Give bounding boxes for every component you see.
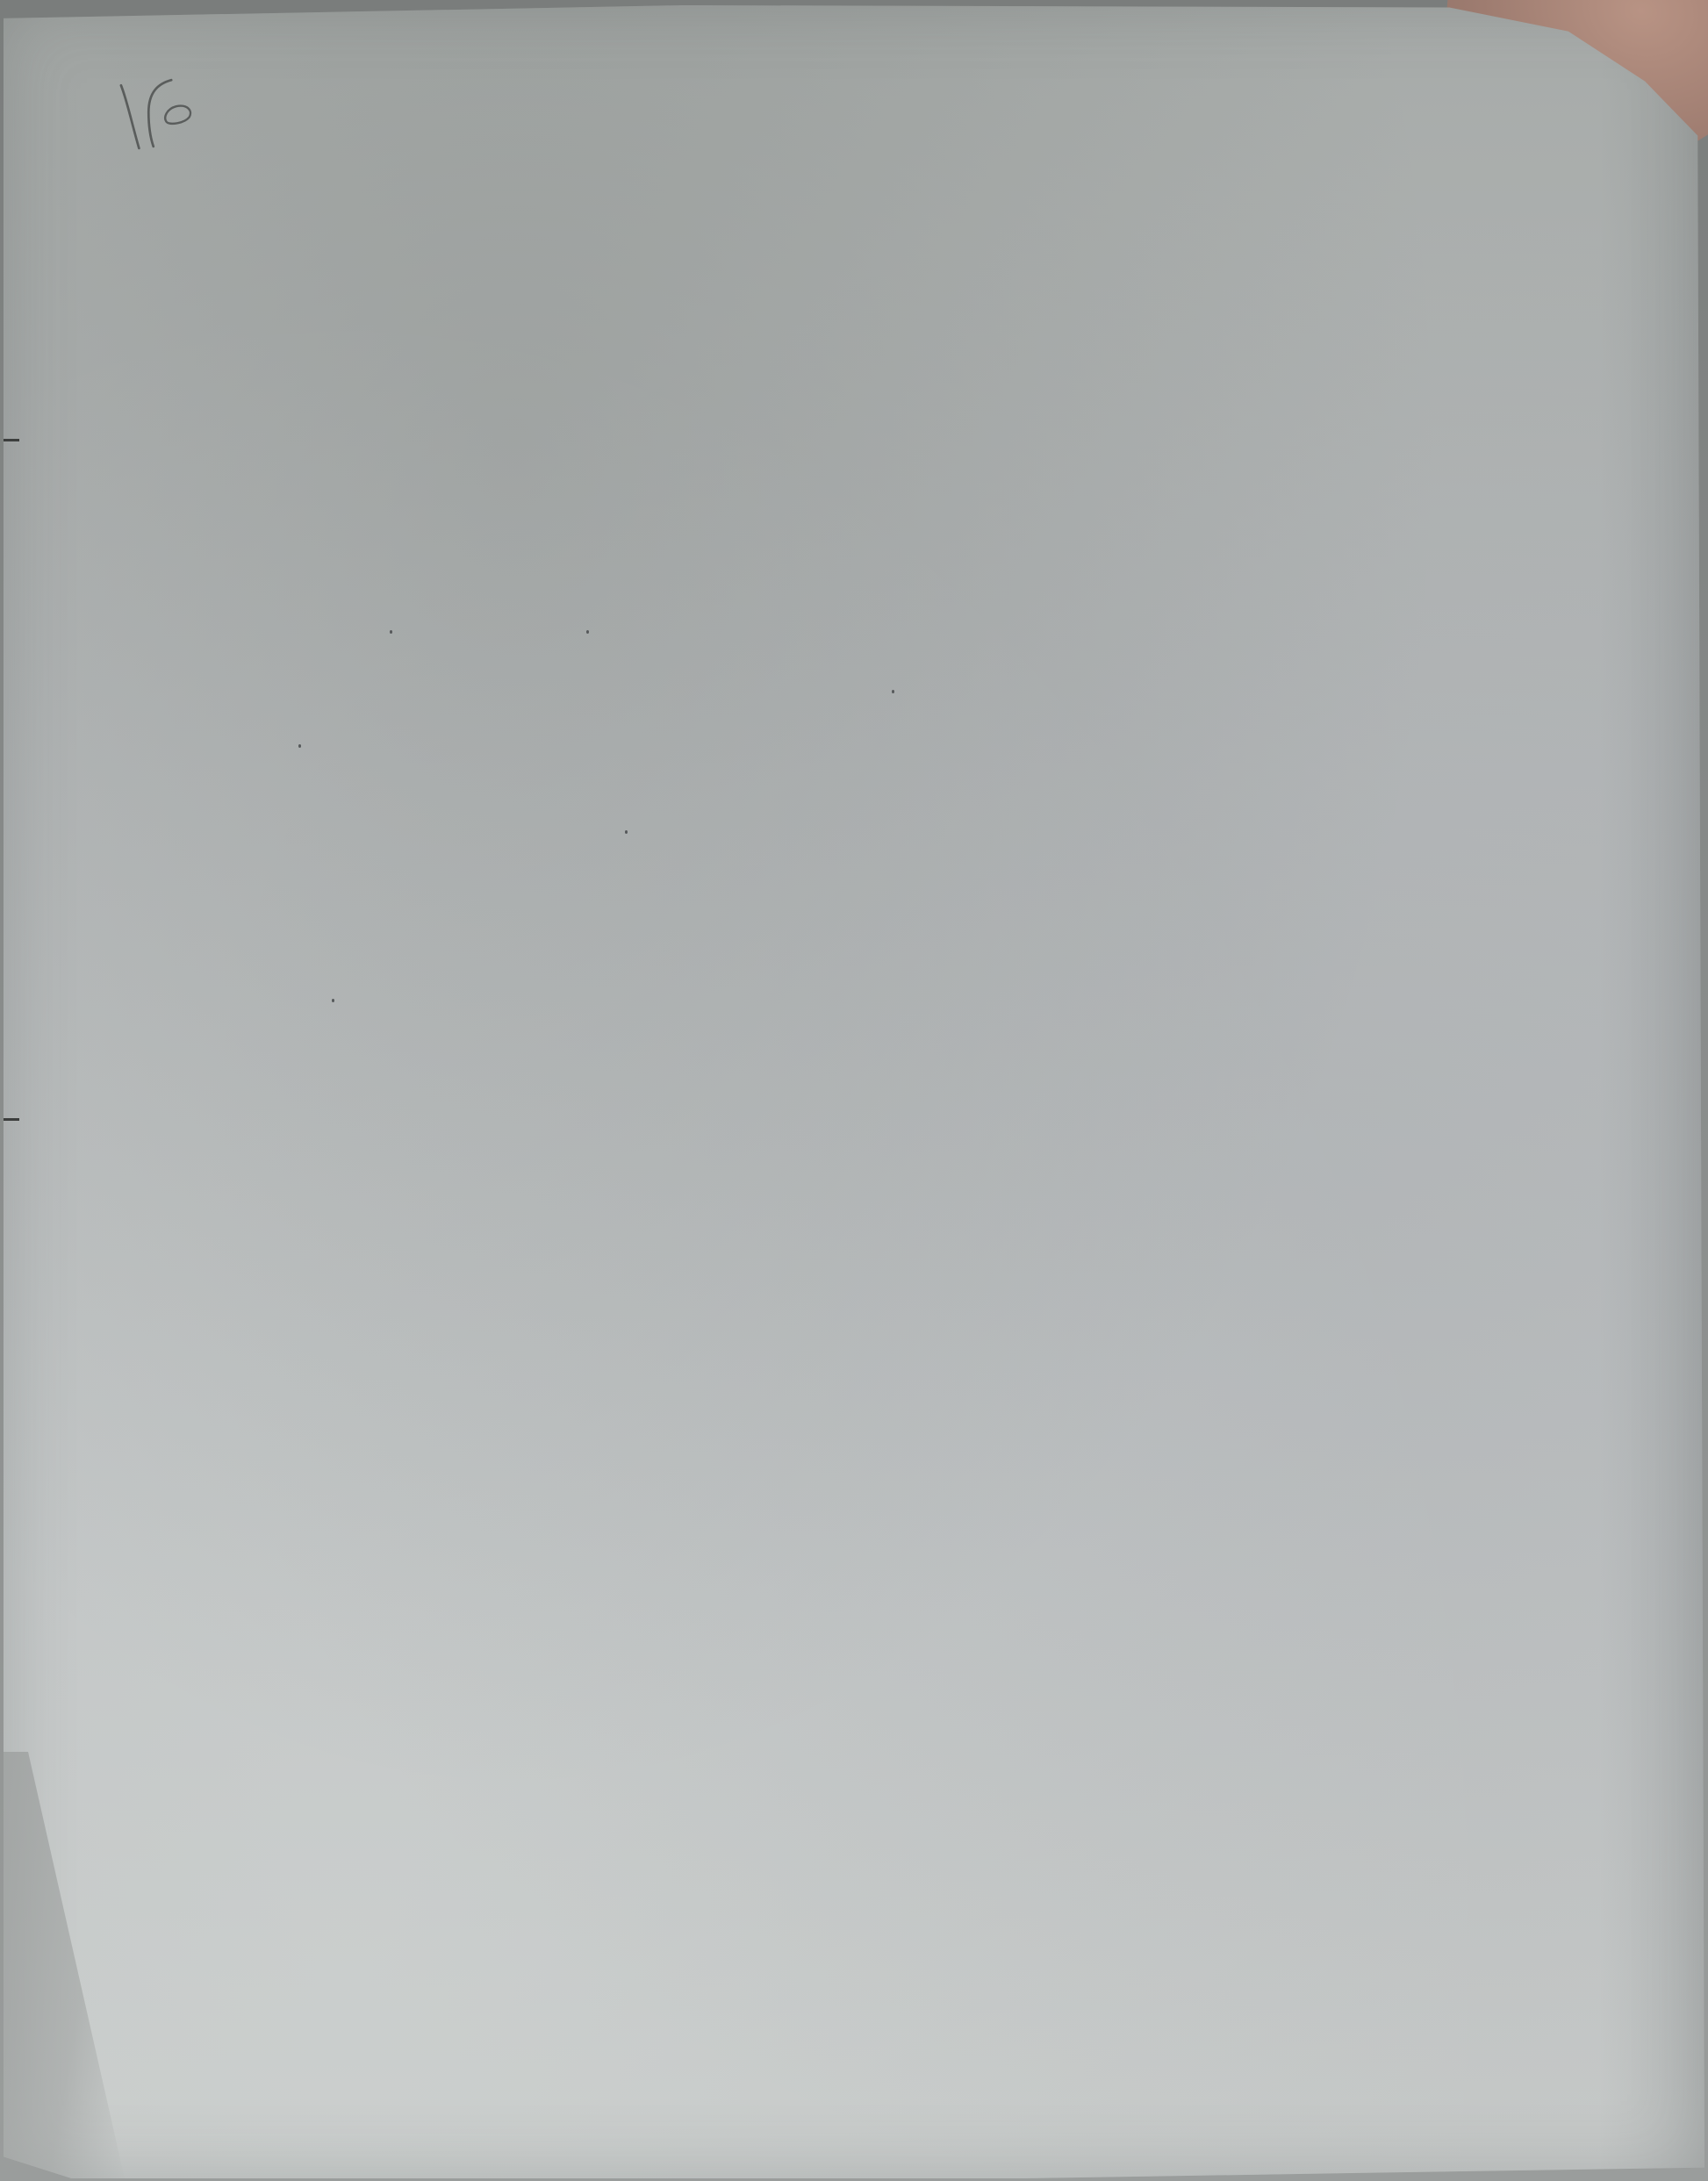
edge-mark bbox=[4, 439, 19, 441]
handwriting-glyphs bbox=[98, 60, 230, 165]
paper-speck bbox=[892, 690, 894, 693]
paper-speck bbox=[390, 630, 392, 634]
edge-mark bbox=[4, 1118, 19, 1121]
paper-speck bbox=[332, 999, 334, 1002]
handwritten-page-number: 16 bbox=[98, 60, 230, 165]
paper-speck bbox=[298, 744, 301, 748]
paper-speck bbox=[625, 830, 628, 834]
paper-speck bbox=[586, 630, 589, 634]
page-edge-shadow bbox=[1599, 5, 1704, 2181]
folded-corner-crease bbox=[4, 1752, 126, 2181]
photo-scene: 16 bbox=[0, 0, 1708, 2181]
paper-page: 16 bbox=[4, 5, 1704, 2178]
